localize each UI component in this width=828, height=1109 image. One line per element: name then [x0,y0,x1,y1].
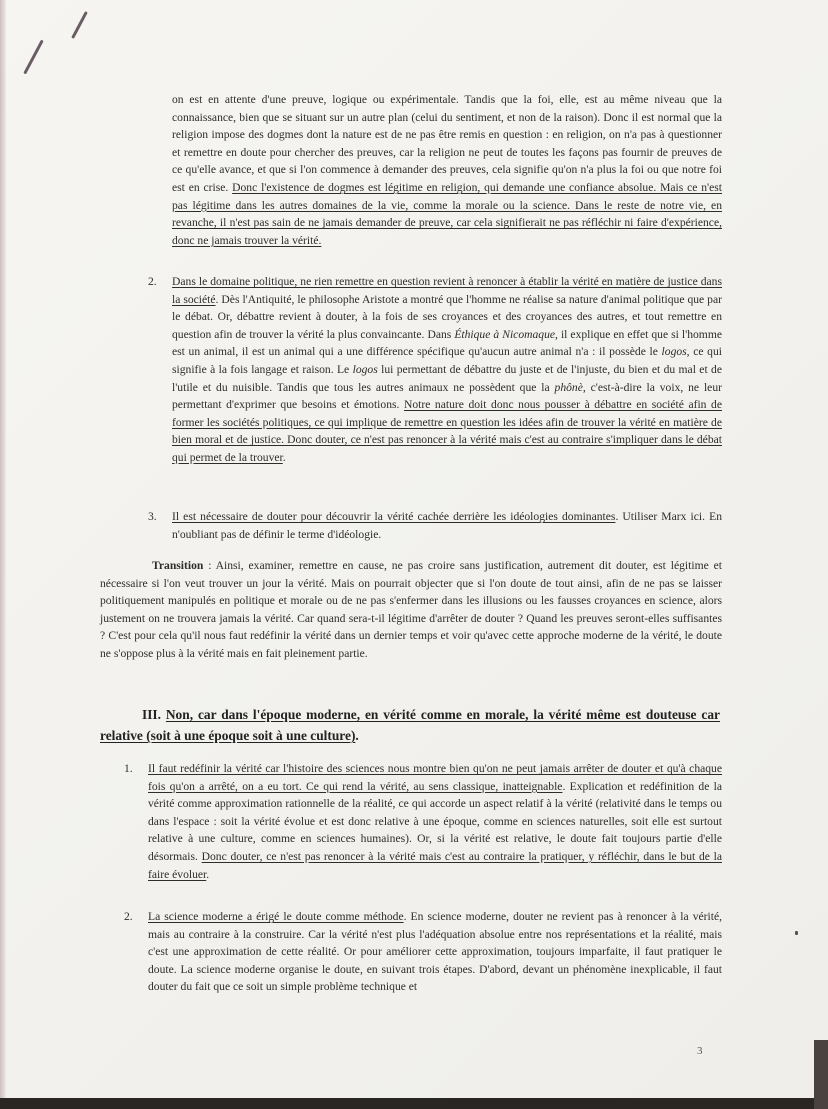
list-number: 2. [148,273,157,291]
list-number: 2. [124,908,133,926]
underlined-text: Donc douter, ce n'est pas renoncer à la … [148,850,722,881]
list-item: 3. Il est nécessaire de douter pour déco… [172,508,722,543]
continuation-paragraph: on est en attente d'une preuve, logique … [172,91,722,249]
item-text: . [206,868,209,881]
underlined-text: Il est nécessaire de douter pour découvr… [172,510,615,523]
book-title: Éthique à Nicomaque [454,328,555,341]
section-heading: III. Non, car dans l'époque moderne, en … [100,704,720,746]
list-number: 1. [124,760,133,778]
list-item: 2. Dans le domaine politique, ne rien re… [172,273,722,467]
transition-text: : Ainsi, examiner, remettre en cause, ne… [100,559,722,660]
section-numeral: III. [142,707,161,722]
background-surface [814,1040,828,1109]
page-number: 3 [697,1045,703,1057]
term-italic: logos [353,363,378,376]
term-italic: logos [662,345,687,358]
term-italic: phônè [555,381,583,394]
item-text: . [283,451,286,464]
section-title-end: . [355,728,358,743]
page-edge [0,0,6,1098]
list-item: 2. La science moderne a érigé le doute c… [148,908,722,996]
transition-label: Transition [152,559,203,572]
paper-speck [795,931,798,935]
underlined-text: Donc l'existence de dogmes est légitime … [172,181,722,247]
list-item: 1. Il faut redéfinir la vérité car l'his… [148,760,722,883]
section-title: Non, car dans l'époque moderne, en vérit… [100,707,720,743]
underlined-text: La science moderne a érigé le doute comm… [148,910,404,923]
paragraph-text: on est en attente d'une preuve, logique … [172,93,722,194]
list-number: 3. [148,508,157,526]
transition-paragraph: Transition : Ainsi, examiner, remettre e… [100,557,722,663]
